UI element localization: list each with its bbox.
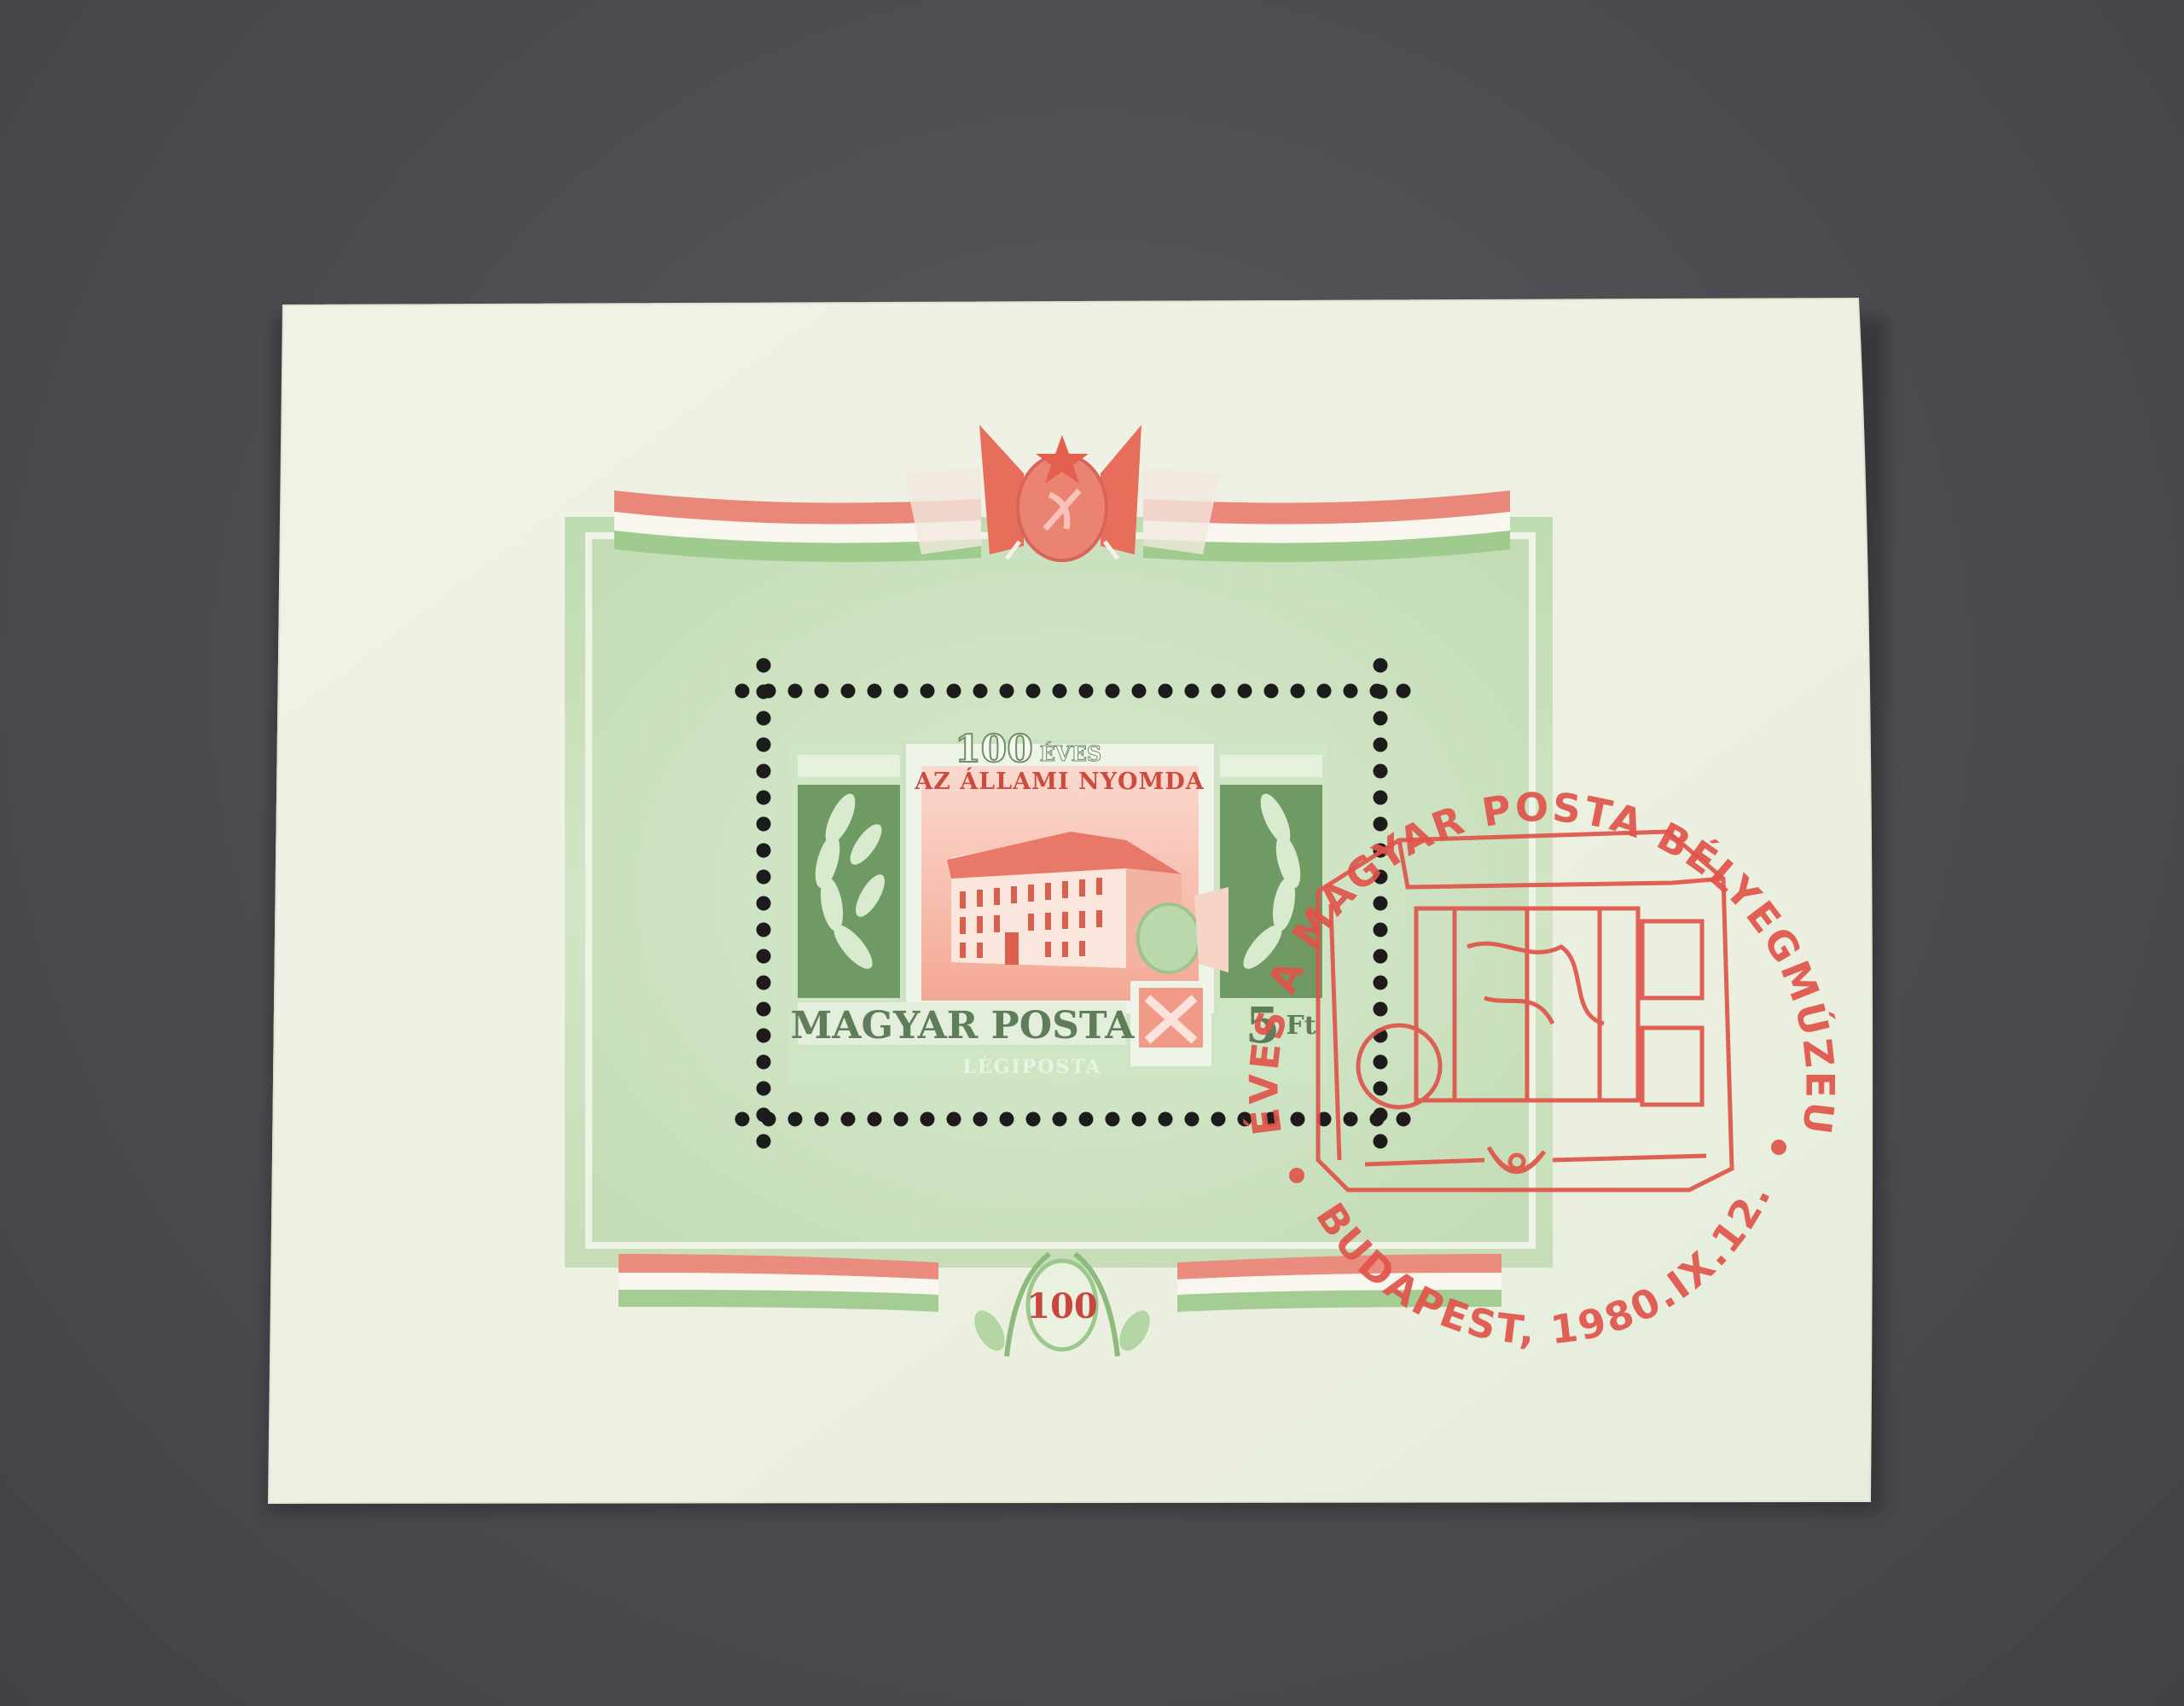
stamp-subtitle: AZ ÁLLAMI NYOMDA	[914, 767, 1205, 795]
country-name: MAGYAR POSTA	[791, 1004, 1136, 1047]
stamp-sheet-scene: 100	[0, 0, 2184, 1706]
anniversary-word: ÉVES	[1040, 741, 1102, 766]
medallion-number: 100	[1026, 1286, 1098, 1326]
airmail-emblem	[1130, 981, 1211, 1066]
anniversary-number: 100	[955, 728, 1033, 771]
service-label: LÉGIPOSTA	[962, 1055, 1101, 1078]
